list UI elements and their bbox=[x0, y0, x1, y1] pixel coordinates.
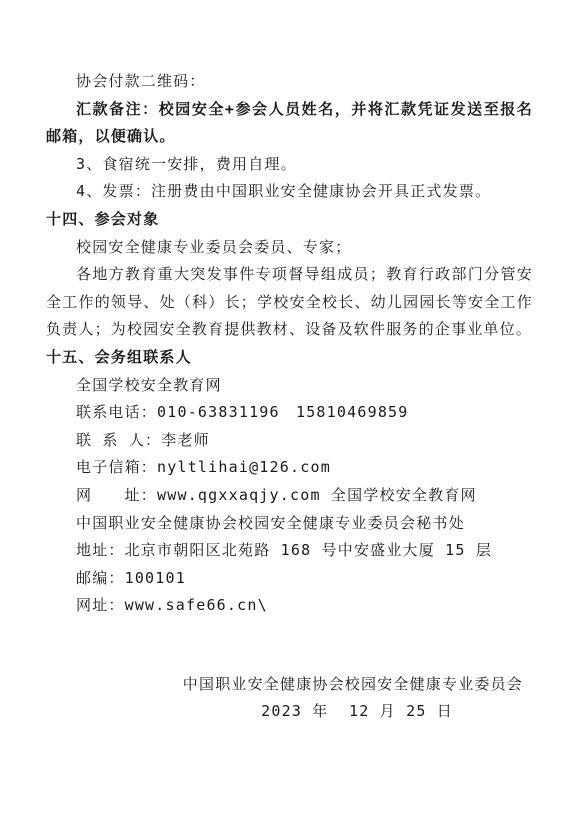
section-14-heading: 十四、参会对象 bbox=[46, 206, 533, 234]
section-14-para-1: 校园安全健康专业委员会委员、专家； bbox=[46, 234, 533, 262]
contact-org2-name: 中国职业安全健康协会校园安全健康专业委员会秘书处 bbox=[46, 510, 533, 538]
payment-qr-label: 协会付款二维码： bbox=[46, 68, 533, 96]
contact-org2-website: 网址：www.safe66.cn\ bbox=[46, 592, 533, 620]
contact-org1-name: 全国学校安全教育网 bbox=[46, 372, 533, 400]
signature-block: 中国职业安全健康协会校园安全健康专业委员会 2023 年 12 月 25 日 bbox=[46, 671, 533, 726]
remit-note: 汇款备注：校园安全+参会人员姓名，并将汇款凭证发送至报名邮箱，以便确认。 bbox=[46, 96, 533, 151]
signature-org: 中国职业安全健康协会校园安全健康专业委员会 bbox=[46, 671, 533, 699]
contact-org1-website: 网 址：www.qgxxaqjy.com 全国学校安全教育网 bbox=[46, 482, 533, 510]
notice-item-3: 3、食宿统一安排，费用自理。 bbox=[46, 151, 533, 179]
contact-org2-address: 地址：北京市朝阳区北苑路 168 号中安盛业大厦 15 层 bbox=[46, 537, 533, 565]
contact-org2-postcode: 邮编：100101 bbox=[46, 565, 533, 593]
document-page: 协会付款二维码： 汇款备注：校园安全+参会人员姓名，并将汇款凭证发送至报名邮箱，… bbox=[0, 0, 579, 819]
section-14-para-2: 各地方教育重大突发事件专项督导组成员；教育行政部门分管安全工作的领导、处（科）长… bbox=[46, 261, 533, 344]
signature-date: 2023 年 12 月 25 日 bbox=[46, 698, 533, 726]
contact-org1-email: 电子信箱：nyltlihai@126.com bbox=[46, 454, 533, 482]
document-body: 协会付款二维码： 汇款备注：校园安全+参会人员姓名，并将汇款凭证发送至报名邮箱，… bbox=[46, 68, 533, 726]
section-15-heading: 十五、会务组联系人 bbox=[46, 344, 533, 372]
contact-org1-phone: 联系电话：010-63831196 15810469859 bbox=[46, 399, 533, 427]
notice-item-4: 4、发票：注册费由中国职业安全健康协会开具正式发票。 bbox=[46, 178, 533, 206]
contact-org1-person: 联 系 人：李老师 bbox=[46, 427, 533, 455]
